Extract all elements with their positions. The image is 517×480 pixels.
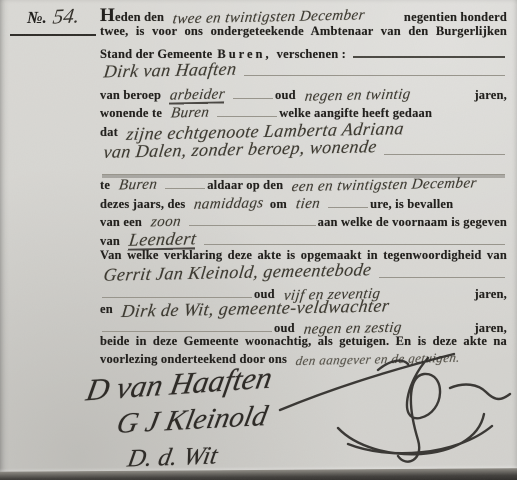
- printed-oud: oud: [275, 88, 296, 103]
- printed-voornaam: aan welke de voornaam is gegeven: [318, 215, 507, 230]
- form-rule: [204, 231, 505, 245]
- line-spouse-name: van Dalen, zonder beroep, wonende: [100, 139, 507, 158]
- handwritten-occupation: arbeider: [169, 86, 226, 104]
- printed-witnesses-residence: beide in deze Gemeente woonachtig, als g…: [100, 334, 507, 348]
- printed-van-beroep: van beroep: [100, 88, 161, 103]
- form-rule: [353, 43, 505, 58]
- handwritten-birth-date: een en twintigsten December: [291, 175, 502, 196]
- handwritten-closing-clause: den aangever en de getuigen.: [295, 349, 502, 369]
- form-rule: [244, 62, 505, 76]
- form-rule: [165, 175, 205, 189]
- printed-ure-bevallen: ure, is bevallen: [370, 197, 453, 212]
- handwritten-birthplace: Buren: [118, 177, 158, 195]
- line-birth-time: dezes jaars, des namiddags om tien ure, …: [100, 194, 507, 213]
- handwritten-hour: tien: [295, 196, 321, 214]
- line-declarant-name: Dirk van Haaften: [100, 60, 507, 82]
- scan-bottom-edge: [0, 468, 517, 480]
- witness1-signature: G J Kleinold: [114, 400, 270, 441]
- handwritten-spouse-name-part2: van Dalen, zonder beroep, wonende: [102, 136, 378, 163]
- printed-negentien-honderd: negentien honderd: [404, 10, 507, 25]
- printed-dat: dat: [100, 125, 118, 140]
- line-witness1-name: Gerrit Jan Kleinold, gemeentebode: [100, 262, 507, 284]
- form-rule: [102, 318, 272, 332]
- handwritten-time-of-day: namiddags: [193, 195, 265, 213]
- line-date-opening: Heden den twee en twintigsten December n…: [100, 5, 507, 24]
- line-official-intro: twee, is voor ons ondergeteekende Ambten…: [100, 24, 507, 43]
- printed-van: van: [100, 234, 120, 249]
- form-rule: [102, 161, 505, 175]
- printed-om: om: [270, 197, 287, 212]
- line-spouse-intro: dat zijne echtgenoote Lamberta Adriana: [100, 120, 507, 139]
- witness2-signature: D. d. Wit: [125, 442, 219, 473]
- printed-dezes-jaars: dezes jaars, des: [100, 197, 185, 212]
- line-occupation-age: van beroep arbeider oud negen en twintig…: [100, 85, 507, 104]
- act-number-value: 54.: [51, 3, 81, 29]
- form-rule: [384, 141, 505, 155]
- printed-te: te: [100, 178, 110, 193]
- form-rule: [328, 194, 368, 208]
- form-rule: [189, 212, 316, 226]
- line-birthplace-date: te Buren aldaar op den een en twintigste…: [100, 175, 507, 194]
- act-number-label: №.: [27, 8, 47, 27]
- form-rule: [233, 85, 273, 99]
- line-witness2-name: en Dirk de Wit, gemeente-veldwachter: [100, 297, 507, 319]
- form-rule: [217, 103, 277, 117]
- form-rule: [102, 284, 252, 298]
- handwritten-witness1-name: Gerrit Jan Kleinold, gemeentebode: [102, 259, 372, 286]
- printed-wonende-te: wonende te: [100, 106, 162, 121]
- act-number: №.54.: [10, 4, 96, 36]
- printed-official-intro: twee, is voor ons ondergeteekende Ambten…: [100, 24, 507, 38]
- handwritten-declarant-name: Dirk van Haaften: [103, 59, 238, 83]
- printed-jaren: jaren,: [474, 88, 507, 103]
- birth-certificate-page: №.54. Heden den twee en twintigsten Dece…: [0, 0, 517, 480]
- printed-van-een: van een: [100, 215, 142, 230]
- printed-en: en: [100, 302, 113, 317]
- form-rule: [379, 264, 505, 278]
- printed-aldaar: aldaar op den: [207, 178, 283, 193]
